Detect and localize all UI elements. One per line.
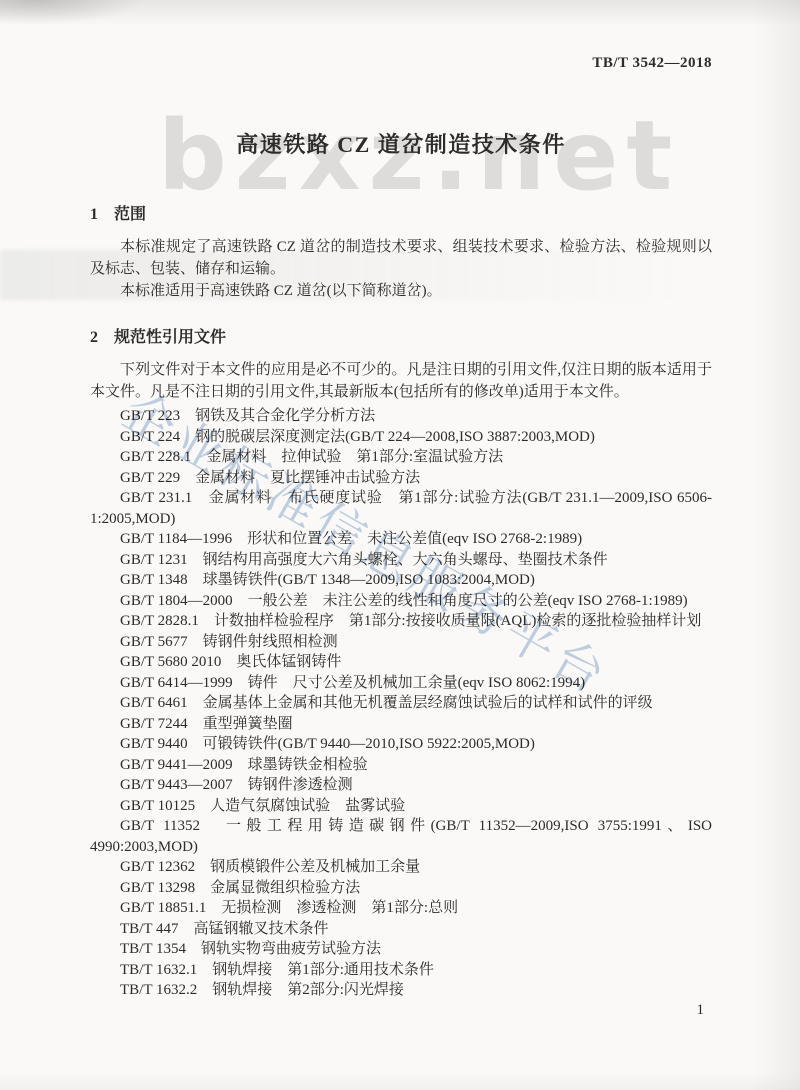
reference-item: TB/T 447 高锰钢辙叉技术条件	[90, 919, 712, 940]
reference-item: GB/T 6414—1999 铸件 尺寸公差及机械加工余量(eqv ISO 80…	[90, 673, 712, 694]
reference-item: TB/T 1354 钢轨实物弯曲疲劳试验方法	[90, 939, 712, 960]
reference-item: GB/T 224 钢的脱碳层深度测定法(GB/T 224—2008,ISO 38…	[90, 427, 712, 448]
reference-item: GB/T 5680 2010 奥氏体锰钢铸件	[90, 652, 712, 673]
reference-item: GB/T 229 金属材料 夏比摆锤冲击试验方法	[90, 468, 712, 489]
reference-item: GB/T 10125 人造气氛腐蚀试验 盐雾试验	[90, 796, 712, 817]
page-number: 1	[697, 1002, 705, 1019]
reference-item: GB/T 1231 钢结构用高强度大六角头螺栓、大六角头螺母、垫圈技术条件	[90, 550, 712, 571]
reference-item: TB/T 1632.2 钢轨焊接 第2部分:闪光焊接	[90, 980, 712, 1001]
reference-item: GB/T 6461 金属基体上金属和其他无机覆盖层经腐蚀试验后的试样和试件的评级	[90, 693, 712, 714]
reference-item: GB/T 9443—2007 铸钢件渗透检测	[90, 775, 712, 796]
reference-item: GB/T 1348 球墨铸铁件(GB/T 1348—2009,ISO 1083:…	[90, 570, 712, 591]
reference-item: GB/T 231.1 金属材料 布氏硬度试验 第1部分:试验方法(GB/T 23…	[90, 488, 712, 529]
section-2-heading: 2 规范性引用文件	[90, 324, 712, 347]
reference-item: GB/T 2828.1 计数抽样检验程序 第1部分:按接收质量限(AQL)检索的…	[90, 611, 712, 632]
scope-paragraph-2: 本标准适用于高速铁路 CZ 道岔(以下简称道岔)。	[90, 280, 712, 302]
reference-item: GB/T 9440 可锻铸铁件(GB/T 9440—2010,ISO 5922:…	[90, 734, 712, 755]
reference-item: TB/T 1632.1 钢轨焊接 第1部分:通用技术条件	[90, 960, 712, 981]
reference-item: GB/T 228.1 金属材料 拉伸试验 第1部分:室温试验方法	[90, 447, 712, 468]
reference-item: GB/T 11352 一般工程用铸造碳钢件(GB/T 11352—2009,IS…	[90, 816, 712, 857]
section-1-heading: 1 范围	[90, 201, 712, 224]
reference-item: GB/T 12362 钢质模锻件公差及机械加工余量	[90, 857, 712, 878]
standard-number: TB/T 3542—2018	[90, 55, 712, 72]
references-intro: 下列文件对于本文件的应用是必不可少的。凡是注日期的引用文件,仅注日期的版本适用于…	[90, 359, 712, 403]
reference-item: GB/T 1804—2000 一般公差 未注公差的线性和角度尺寸的公差(eqv …	[90, 591, 712, 612]
scan-shade-bottom	[0, 1072, 800, 1090]
reference-item: GB/T 9441—2009 球墨铸铁金相检验	[90, 755, 712, 776]
document-page: bzxz.net 企业标准信息服务平台 TB/T 3542—2018 高速铁路 …	[0, 0, 800, 1090]
reference-item: GB/T 1184—1996 形状和位置公差 未注公差值(eqv ISO 276…	[90, 529, 712, 550]
scan-smudge-corner	[0, 0, 140, 24]
reference-item: GB/T 5677 铸钢件射线照相检测	[90, 632, 712, 653]
references-list: GB/T 223 钢铁及其合金化学分析方法 GB/T 224 钢的脱碳层深度测定…	[90, 406, 712, 1001]
reference-item: GB/T 223 钢铁及其合金化学分析方法	[90, 406, 712, 427]
reference-item: GB/T 7244 重型弹簧垫圈	[90, 714, 712, 735]
reference-item: GB/T 13298 金属显微组织检验方法	[90, 878, 712, 899]
document-title: 高速铁路 CZ 道岔制造技术条件	[90, 128, 712, 159]
document-content: TB/T 3542—2018 高速铁路 CZ 道岔制造技术条件 1 范围 本标准…	[0, 55, 800, 1001]
reference-item: GB/T 18851.1 无损检测 渗透检测 第1部分:总则	[90, 898, 712, 919]
scan-smudge-top	[0, 0, 800, 26]
scope-paragraph-1: 本标准规定了高速铁路 CZ 道岔的制造技术要求、组装技术要求、检验方法、检验规则…	[90, 236, 712, 280]
